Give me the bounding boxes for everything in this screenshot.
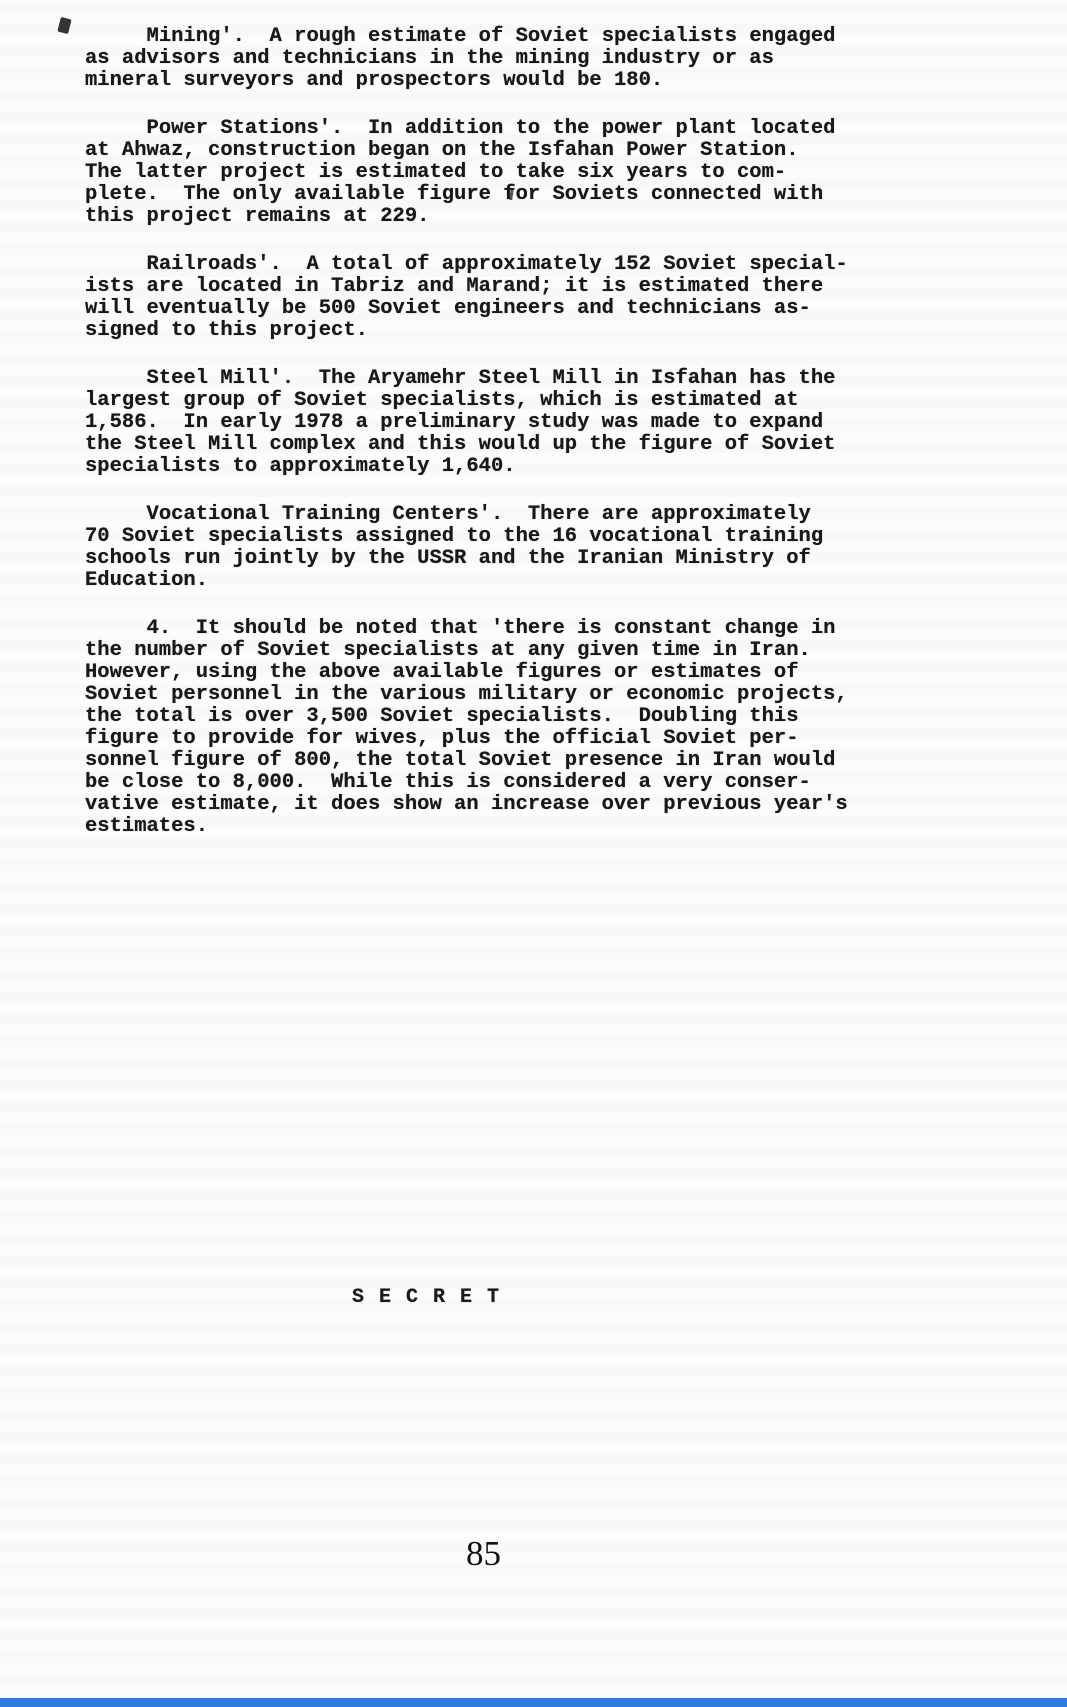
scan-edge-bar	[0, 1698, 1067, 1707]
paragraph-steel-mill: Steel Mill'. The Aryamehr Steel Mill in …	[85, 368, 965, 478]
document-page: Mining'. A rough estimate of Soviet spec…	[0, 0, 1067, 1707]
paragraph-power-stations: Power Stations'. In addition to the powe…	[85, 118, 965, 228]
paragraph-mining: Mining'. A rough estimate of Soviet spec…	[85, 26, 965, 92]
classification-marking: S E C R E T	[352, 1286, 501, 1309]
ink-speck	[57, 17, 71, 34]
page-number: 85	[466, 1534, 501, 1574]
document-body: Mining'. A rough estimate of Soviet spec…	[85, 26, 965, 864]
paragraph-vocational-training: Vocational Training Centers'. There are …	[85, 504, 965, 592]
paragraph-railroads: Railroads'. A total of approximately 152…	[85, 254, 965, 342]
paragraph-summary-estimate: 4. It should be noted that 'there is con…	[85, 618, 965, 838]
